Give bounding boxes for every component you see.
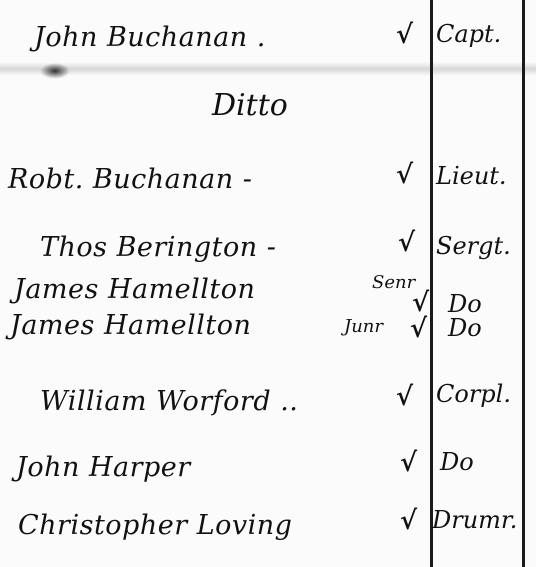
entry-name: James Hamellton (14, 274, 255, 305)
check-mark: √ (396, 382, 413, 412)
rank-text: Capt. (436, 20, 501, 48)
rank-text: Corpl. (436, 380, 511, 408)
trail-mark: . (257, 22, 266, 53)
name-text: John Buchanan (34, 22, 248, 53)
name-text: Thos Berington (40, 232, 258, 263)
entry-name: John Buchanan . (34, 22, 266, 53)
trail-mark: .. (280, 386, 298, 417)
name-text: James Hamellton (10, 310, 251, 341)
name-text: Christopher Loving (18, 510, 292, 541)
column-rule-left (430, 0, 433, 567)
entry-name: Robt. Buchanan - (8, 164, 252, 195)
name-text: William Worford (40, 386, 271, 417)
entry-name: Thos Berington - (40, 232, 276, 263)
check-mark: √ (400, 448, 417, 478)
column-rule-right (522, 0, 525, 567)
trail-mark: - (267, 232, 277, 263)
check-mark: √ (396, 20, 413, 50)
rank-text: Do (440, 448, 474, 476)
name-text: John Harper (16, 452, 191, 483)
trail-mark: - (243, 164, 253, 195)
rank-text: Drumr. (432, 506, 517, 534)
rank-text: Do (448, 314, 482, 342)
check-mark: √ (400, 506, 417, 536)
name-suffix: Junr (344, 316, 383, 337)
entry-name: James Hamellton (10, 310, 251, 341)
name-suffix: Senr (372, 272, 415, 293)
entry-name: Christopher Loving (18, 510, 292, 541)
ink-smudge (0, 62, 536, 76)
rank-text: Sergt. (436, 232, 511, 260)
entry-name: John Harper (16, 452, 191, 483)
name-text: Robt. Buchanan (8, 164, 234, 195)
document-page: John Buchanan . √ Capt. Ditto Robt. Buch… (0, 0, 536, 567)
check-mark: √ (398, 228, 415, 258)
check-mark: √ (410, 314, 427, 344)
check-mark: √ (396, 160, 413, 190)
entry-name: William Worford .. (40, 386, 298, 417)
ditto-heading: Ditto (212, 88, 288, 123)
rank-text: Lieut. (436, 162, 507, 190)
ink-blot (40, 63, 70, 79)
name-text: James Hamellton (14, 274, 255, 305)
